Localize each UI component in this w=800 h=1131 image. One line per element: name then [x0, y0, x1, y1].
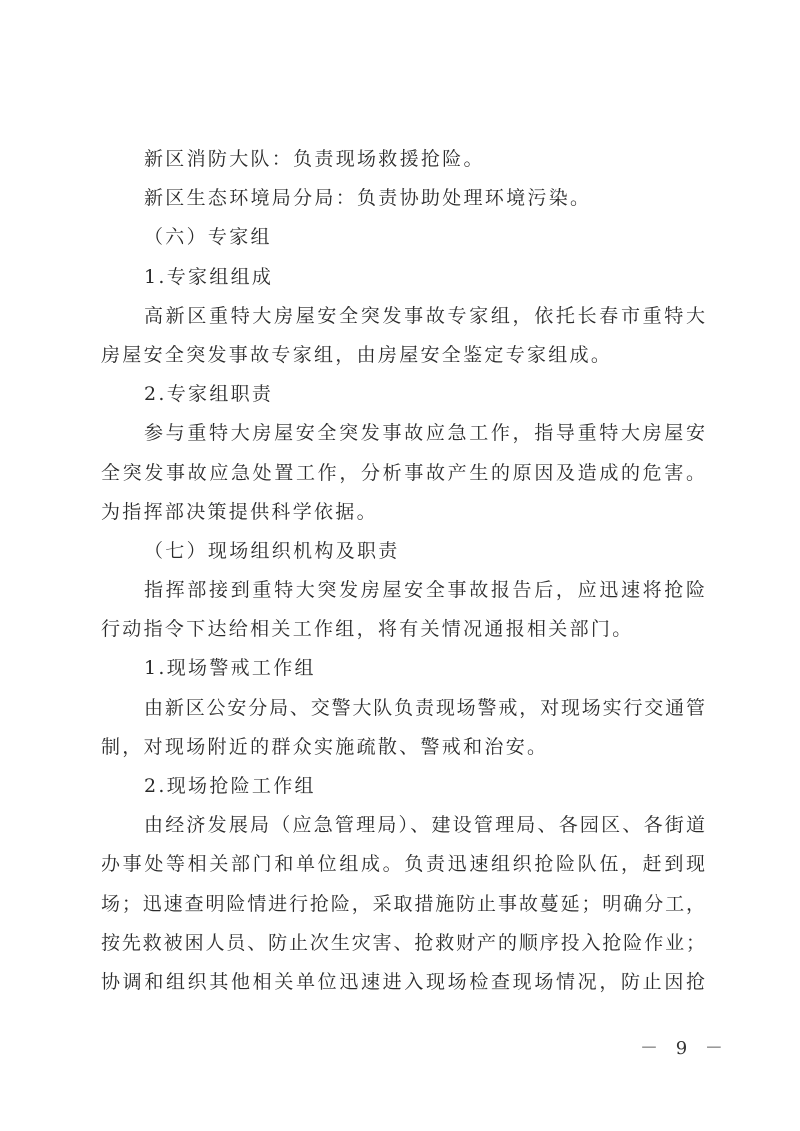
paragraph-line: 新区生态环境局分局：负责协助处理环境污染。 [101, 179, 705, 218]
paragraph-line: 由经济发展局（应急管理局）、建设管理局、各园区、各街道 [101, 806, 705, 845]
paragraph-line: 全突发事故应急处置工作，分析事故产生的原因及造成的危害。 [101, 454, 705, 493]
paragraph-line: 参与重特大房屋安全突发事故应急工作，指导重特大房屋安 [101, 414, 705, 453]
paragraph-line: 场；迅速查明险情进行抢险，采取措施防止事故蔓延；明确分工， [101, 885, 705, 924]
page-number: － 9 － [640, 1034, 729, 1060]
section-heading: （七）现场组织机构及职责 [101, 532, 705, 571]
paragraph-line: 办事处等相关部门和单位组成。负责迅速组织抢险队伍，赶到现 [101, 845, 705, 884]
paragraph-line: 为指挥部决策提供科学依据。 [101, 493, 705, 532]
paragraph-line: 制，对现场附近的群众实施疏散、警戒和治安。 [101, 728, 705, 767]
paragraph-line: 行动指令下达给相关工作组，将有关情况通报相关部门。 [101, 610, 705, 649]
subsection-heading: 1.现场警戒工作组 [101, 649, 705, 688]
paragraph-line: 新区消防大队：负责现场救援抢险。 [101, 140, 705, 179]
paragraph-line: 由新区公安分局、交警大队负责现场警戒，对现场实行交通管 [101, 689, 705, 728]
paragraph-line: 高新区重特大房屋安全突发事故专家组，依托长春市重特大 [101, 297, 705, 336]
paragraph-line: 按先救被困人员、防止次生灾害、抢救财产的顺序投入抢险作业； [101, 924, 705, 963]
paragraph-line: 指挥部接到重特大突发房屋安全事故报告后，应迅速将抢险 [101, 571, 705, 610]
subsection-heading: 2.现场抢险工作组 [101, 767, 705, 806]
subsection-heading: 2.专家组职责 [101, 375, 705, 414]
paragraph-line: 协调和组织其他相关单位迅速进入现场检查现场情况，防止因抢 [101, 963, 705, 1002]
section-heading: （六）专家组 [101, 218, 705, 257]
subsection-heading: 1.专家组组成 [101, 258, 705, 297]
document-body: 新区消防大队：负责现场救援抢险。 新区生态环境局分局：负责协助处理环境污染。 （… [101, 140, 705, 1002]
paragraph-line: 房屋安全突发事故专家组，由房屋安全鉴定专家组成。 [101, 336, 705, 375]
